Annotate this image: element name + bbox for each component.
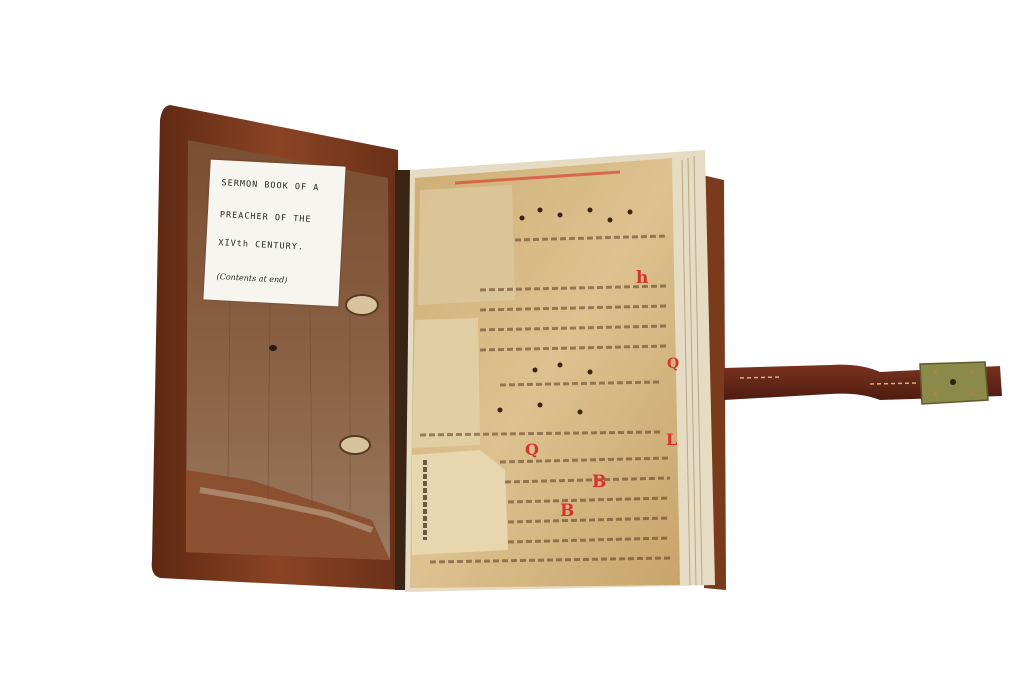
label-line-2: PREACHER OF THE bbox=[220, 210, 312, 225]
svg-text:B: B bbox=[560, 501, 574, 521]
svg-text:B: B bbox=[592, 472, 606, 492]
book-illustration: h Q L Q B B bbox=[0, 0, 1024, 682]
label-line-4: (Contents at end) bbox=[216, 272, 287, 285]
label-line-1: SERMON BOOK OF A bbox=[221, 178, 319, 193]
clasp-strap bbox=[724, 362, 1002, 404]
svg-text:Q: Q bbox=[525, 440, 539, 459]
svg-text:h: h bbox=[636, 268, 648, 288]
paper-label-card: SERMON BOOK OF A PREACHER OF THE XIVth C… bbox=[203, 160, 345, 307]
book-photograph: h Q L Q B B SERMON BOOK OF A PREACHER OF… bbox=[0, 0, 1024, 682]
svg-text:Q: Q bbox=[667, 356, 679, 372]
label-line-3: XIVth CENTURY. bbox=[218, 238, 304, 252]
svg-text:L: L bbox=[666, 430, 677, 449]
